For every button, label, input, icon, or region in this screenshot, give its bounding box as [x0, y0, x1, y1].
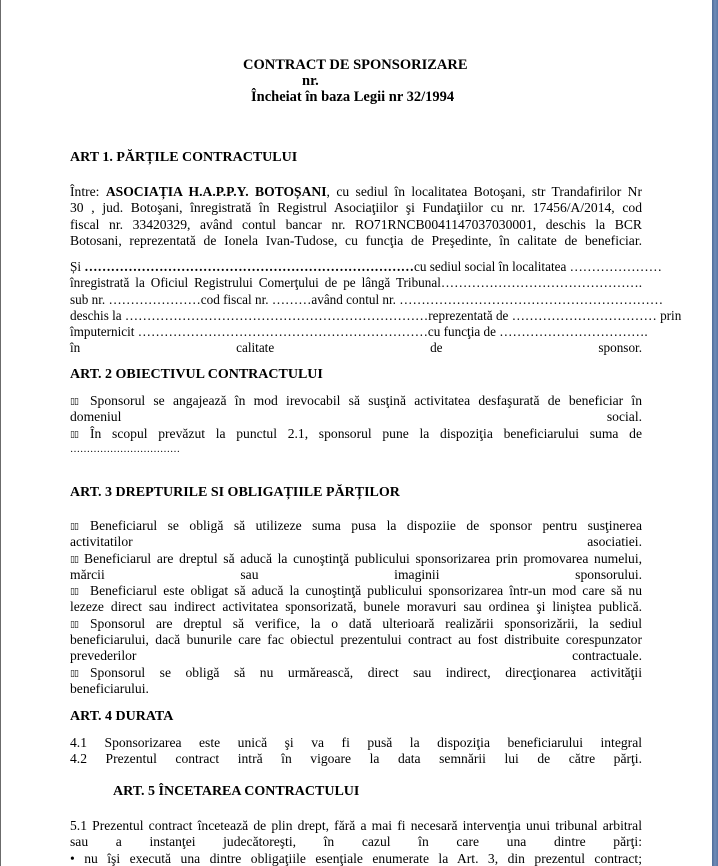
party2-paragraph: Și …………………………………………………………………cu sediul so… [70, 259, 642, 357]
list-item-text: În scopul prevăzut la punctul 2.1, spons… [90, 426, 642, 441]
list-item: ▯▯Beneficiarul este obligat să aducă la … [70, 583, 642, 599]
list-item-continuation: activitatilor asociatiei. [70, 534, 642, 550]
section-heading-art1: ART 1. PĂRȚILE CONTRACTULUI [70, 150, 297, 166]
list-item-text: Beneficiarul are dreptul să aducă la cun… [84, 551, 642, 566]
list-item-continuation: prevederilor contractuale. [70, 648, 642, 664]
party1-prefix: Între: [70, 184, 106, 199]
list-item-continuation: beneficiarului, dacă bunurile care fac o… [70, 632, 642, 648]
party1-line: 30 , jud. Botoşani, înregistrată în Regi… [70, 200, 642, 216]
list-item: ▯▯Sponsorul se obligă să nu urmărească, … [70, 665, 642, 681]
party1-name: ASOCIAȚIA H.A.P.P.Y. BOTOȘANI [106, 184, 327, 199]
list-item: ▯▯Sponsorul are dreptul să verifice, la … [70, 616, 642, 632]
list-item: ▯▯Sponsorul se angajează în mod irevocab… [70, 393, 642, 409]
amount-blank[interactable]: …………………………… [70, 442, 642, 458]
list-item-text: Sponsorul se obligă să nu urmărească, di… [90, 665, 642, 680]
list-item-text: Beneficiarul este obligat să aducă la cu… [90, 583, 642, 598]
party1-paragraph: Între: ASOCIAȚIA H.A.P.P.Y. BOTOȘANI, cu… [70, 184, 642, 249]
document-title: CONTRACT DE SPONSORIZARE [243, 57, 468, 73]
legal-basis: Încheiat în baza Legii nr 32/1994 [251, 89, 454, 105]
art3-items: ▯▯Beneficiarul se obligă să utilizeze su… [70, 518, 642, 697]
party2-line: în calitate de sponsor. [70, 340, 642, 356]
party2-name-blank[interactable]: ………………………………………………………………… [84, 259, 414, 274]
party1-line: Între: ASOCIAȚIA H.A.P.P.Y. BOTOȘANI, cu… [70, 184, 642, 200]
page-left-edge [0, 0, 1, 866]
section-heading-art5: ART. 5 ÎNCETAREA CONTRACTULUI [113, 784, 359, 800]
clause-line: 4.1 Sponsorizarea este unică şi va fi pu… [70, 735, 642, 751]
list-item-continuation: lezeze direct sau indirect activitatea s… [70, 599, 642, 615]
bullet-line: • nu îşi execută una dintre obligaţiile … [70, 851, 642, 866]
art4-paragraph: 4.1 Sponsorizarea este unică şi va fi pu… [70, 735, 642, 768]
section-heading-art2: ART. 2 OBIECTIVUL CONTRACTULUI [70, 367, 323, 383]
list-item-continuation: domeniul social. [70, 409, 642, 425]
party1-line: Botosani, reprezentată de Ionela Ivan-Tu… [70, 233, 642, 249]
list-marker-icon: ▯▯ [70, 583, 90, 599]
party2-text: cu sediul social în localitatea ………………… [414, 259, 662, 274]
list-marker-icon: ▯▯ [70, 426, 90, 442]
list-item: ▯▯Beneficiarul are dreptul să aducă la c… [70, 551, 642, 567]
list-item-text: Sponsorul are dreptul să verifice, la o … [90, 616, 642, 631]
art5-paragraph: 5.1 Prezentul contract încetează de plin… [70, 818, 642, 866]
clause-line: 5.1 Prezentul contract încetează de plin… [70, 818, 642, 834]
list-marker-icon: ▯▯ [70, 518, 90, 534]
clause-line: sau a instanţei judecătoreşti, în cazul … [70, 834, 642, 850]
list-item: ▯▯În scopul prevăzut la punctul 2.1, spo… [70, 426, 642, 442]
party2-line: împuternicit …………………………………………………………cu fu… [70, 324, 642, 340]
clause-line: 4.2 Prezentul contract intră în vigoare … [70, 751, 642, 767]
party2-prefix: Și [70, 259, 84, 274]
vertical-scrollbar-edge[interactable] [712, 0, 718, 866]
party2-line: înregistrată la Oficiul Registrului Come… [70, 275, 642, 291]
list-item: ▯▯Beneficiarul se obligă să utilizeze su… [70, 518, 642, 534]
art2-items: ▯▯Sponsorul se angajează în mod irevocab… [70, 393, 642, 458]
list-item-continuation: beneficiarului. [70, 681, 642, 697]
party1-text: , cu sediul în localitatea Botoşani, str… [327, 184, 642, 199]
party2-line: deschis la ……………………………………………………………reprez… [70, 308, 642, 324]
contract-number-label: nr. [302, 73, 319, 89]
list-item-text: Beneficiarul se obligă să utilizeze suma… [90, 518, 642, 533]
list-item-text: Sponsorul se angajează în mod irevocabil… [90, 393, 642, 408]
list-marker-icon: ▯▯ [70, 616, 90, 632]
party1-line: fiscal nr. 33420329, având contul bancar… [70, 217, 642, 233]
section-heading-art3: ART. 3 DREPTURILE SI OBLIGAȚIILE PĂRȚILO… [70, 485, 400, 501]
list-marker-icon: ▯▯ [70, 665, 90, 681]
party2-line: Și …………………………………………………………………cu sediul so… [70, 259, 642, 275]
list-item-continuation: mărcii sau imaginii sponsorului. [70, 567, 642, 583]
list-marker-icon: ▯▯ [70, 551, 84, 567]
section-heading-art4: ART. 4 DURATA [70, 709, 173, 725]
party2-line: sub nr. …………………cod fiscal nr. ………având c… [70, 292, 642, 308]
list-marker-icon: ▯▯ [70, 393, 90, 409]
